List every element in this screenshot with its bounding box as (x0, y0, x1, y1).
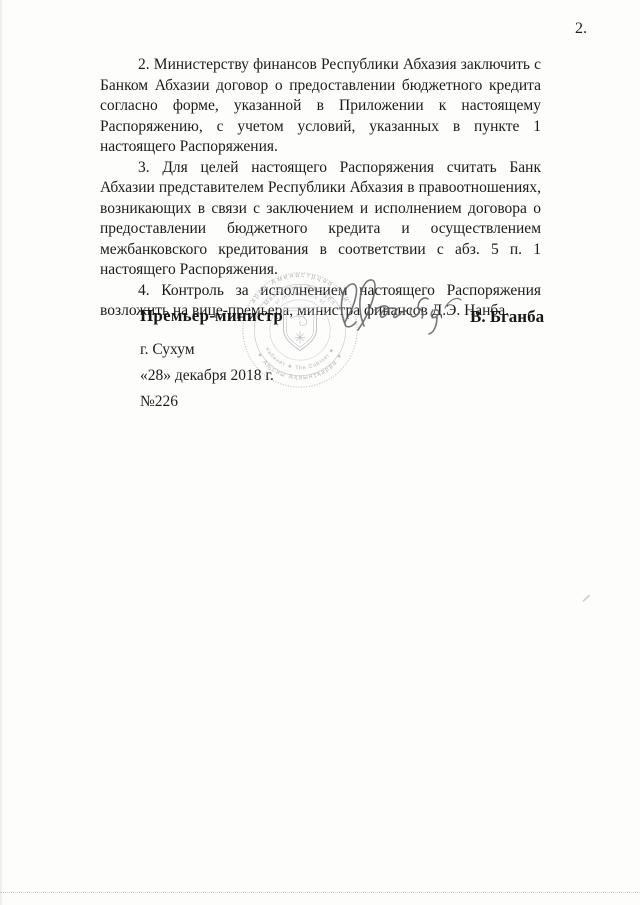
paragraph: 2. Министерству финансов Республики Абха… (100, 55, 541, 158)
premier-minister-label: Премьер-министр (140, 306, 283, 326)
document-number: №226 (140, 393, 178, 411)
date-line: «28» декабря 2018 г. (140, 367, 274, 385)
document-page: 2. 2. Министерству финансов Республики А… (0, 0, 640, 905)
scan-speck (583, 595, 590, 602)
paragraph: 3. Для целей настоящего Распоряжения счи… (100, 158, 541, 281)
signature-icon (333, 274, 467, 338)
scan-left-edge (0, 0, 3, 905)
signee-name: В. Бганба (470, 307, 544, 327)
scan-bottom-edge (0, 892, 640, 895)
coat-of-arms-shield (284, 308, 317, 351)
page-number: 2. (575, 20, 587, 38)
place-line: г. Сухум (140, 341, 195, 359)
